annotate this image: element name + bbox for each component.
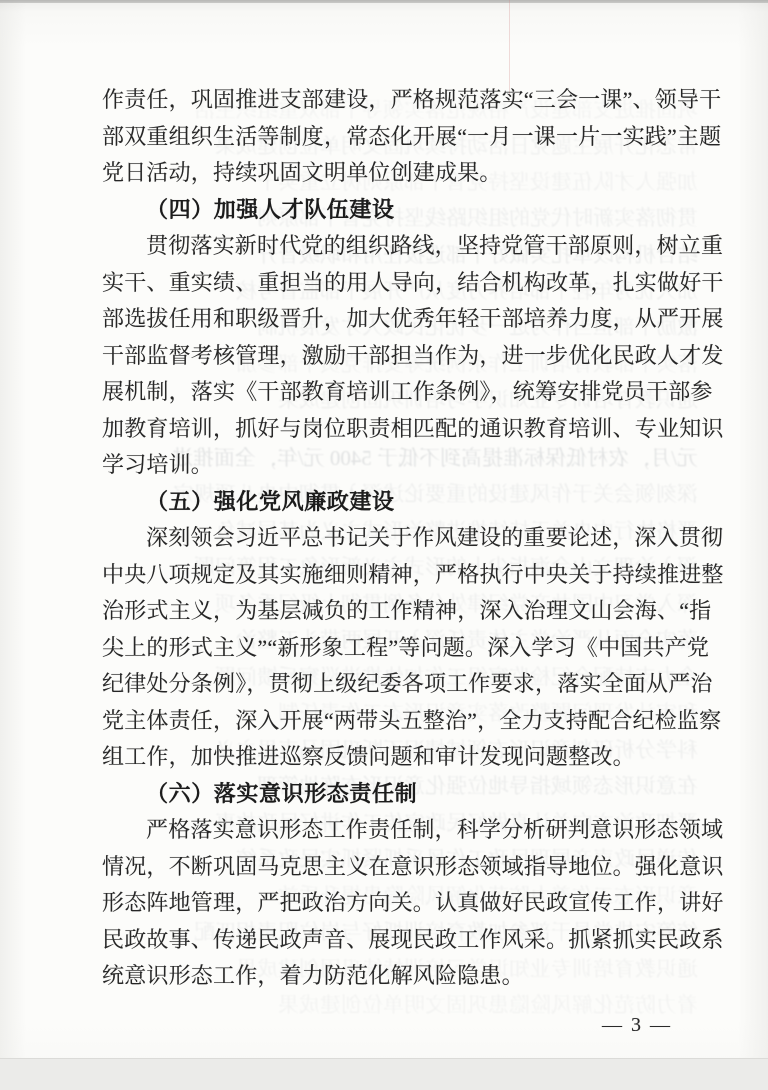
text-line: 尖上的形式主义”“新形象工程”等问题。深入学习《中国共产党 bbox=[102, 630, 698, 667]
text-line: 干部监督考核管理，激励干部担当作为，进一步优化民政人才发 bbox=[102, 338, 698, 375]
section-heading: （五）强化党风廉政建设 bbox=[102, 484, 698, 521]
text-line: 学习培训。 bbox=[102, 447, 698, 484]
text-line: 形态阵地管理，严把政治方向关。认真做好民政宣传工作，讲好 bbox=[102, 885, 698, 922]
text-line: 展机制，落实《干部教育培训工作条例》，统筹安排党员干部参 bbox=[102, 374, 698, 411]
text-line: 作责任，巩固推进支部建设，严格规范落实“三会一课”、领导干 bbox=[102, 82, 698, 119]
page-number: — 3 — bbox=[602, 1014, 672, 1037]
text-line: 中央八项规定及其实施细则精神，严格执行中央关于持续推进整 bbox=[102, 557, 698, 594]
text-line: 统意识形态工作，着力防范化解风险隐患。 bbox=[102, 958, 698, 995]
text-line: 民政故事、传递民政声音、展现民政工作风采。抓紧抓实民政系 bbox=[102, 922, 698, 959]
paragraph: 严格落实意识形态工作责任制，科学分析研判意识形态领域情况，不断巩固马克思主义在意… bbox=[102, 812, 698, 995]
text-line: 加教育培训，抓好与岗位职责相匹配的通识教育培训、专业知识 bbox=[102, 411, 698, 448]
paragraph: 贯彻落实新时代党的组织路线，坚持党管干部原则，树立重实干、重实绩、重担当的用人导… bbox=[102, 228, 698, 484]
section-heading: （六）落实意识形态责任制 bbox=[102, 776, 698, 813]
text-line: 部选拔任用和职级晋升，加大优秀年轻干部培养力度，从严开展 bbox=[102, 301, 698, 338]
text-line: 党主体责任，深入开展“两带头五整治”，全力支持配合纪检监察 bbox=[102, 703, 698, 740]
paragraph: 深刻领会习近平总书记关于作风建设的重要论述，深入贯彻中央八项规定及其实施细则精神… bbox=[102, 520, 698, 776]
text-line: 组工作，加快推进巡察反馈问题和审计发现问题整改。 bbox=[102, 739, 698, 776]
text-line: 情况，不断巩固马克思主义在意识形态领域指导地位。强化意识 bbox=[102, 849, 698, 886]
document-body: 作责任，巩固推进支部建设，严格规范落实“三会一课”、领导干部双重组织生活等制度，… bbox=[102, 82, 698, 995]
text-line: 深刻领会习近平总书记关于作风建设的重要论述，深入贯彻 bbox=[102, 520, 698, 557]
scanned-document-page: 巩固推进支部建设严格规范落实领导干部双重组织生活常态化开展主题党日活动持续巩固文… bbox=[0, 0, 768, 1090]
paragraph: 作责任，巩固推进支部建设，严格规范落实“三会一课”、领导干部双重组织生活等制度，… bbox=[102, 82, 698, 192]
text-line: 严格落实意识形态工作责任制，科学分析研判意识形态领域 bbox=[102, 812, 698, 849]
text-line: 实干、重实绩、重担当的用人导向，结合机构改革，扎实做好干 bbox=[102, 265, 698, 302]
section-heading: （四）加强人才队伍建设 bbox=[102, 192, 698, 229]
text-line: 党日活动，持续巩固文明单位创建成果。 bbox=[102, 155, 698, 192]
text-line: 治形式主义，为基层减负的工作精神，深入治理文山会海、“指 bbox=[102, 593, 698, 630]
scan-edge-bottom bbox=[0, 1058, 768, 1090]
text-line: 贯彻落实新时代党的组织路线，坚持党管干部原则，树立重 bbox=[102, 228, 698, 265]
text-line: 纪律处分条例》，贯彻上级纪委各项工作要求，落实全面从严治 bbox=[102, 666, 698, 703]
text-line: 部双重组织生活等制度，常态化开展“一月一课一片一实践”主题 bbox=[102, 119, 698, 156]
scan-edge-top bbox=[0, 0, 768, 3]
